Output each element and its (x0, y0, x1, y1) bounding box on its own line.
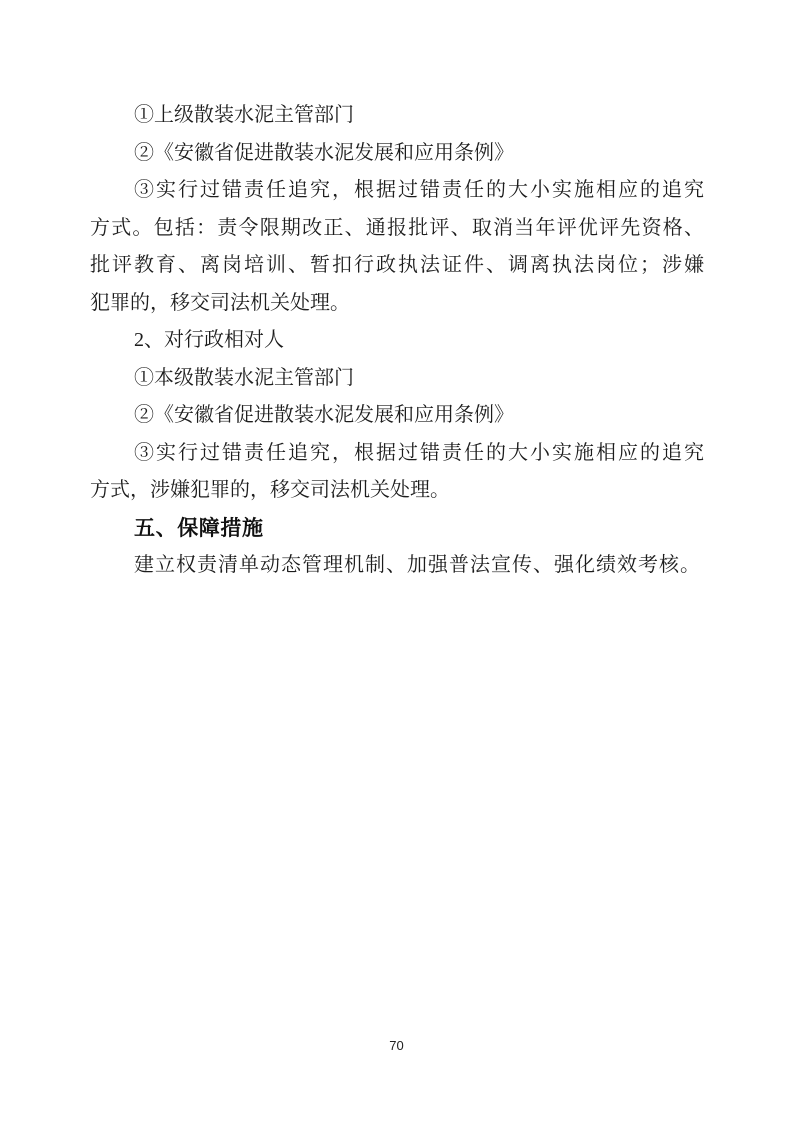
fault-accountability-line-2: 方式。包括：责令限期改正、通报批评、取消当年评优评先资格、 (90, 210, 704, 248)
document-page: ①上级散装水泥主管部门 ②《安徽省促进散装水泥发展和应用条例》 ③实行过错责任追… (0, 0, 793, 1122)
item-anhui-bulk-cement-regulation-1: ②《安徽省促进散装水泥发展和应用条例》 (90, 135, 704, 173)
safeguard-measures-text: 建立权责清单动态管理机制、加强普法宣传、强化绩效考核。 (90, 547, 704, 585)
fault-accountability-line-4: 犯罪的，移交司法机关处理。 (90, 285, 704, 323)
document-body: ①上级散装水泥主管部门 ②《安徽省促进散装水泥发展和应用条例》 ③实行过错责任追… (90, 97, 704, 585)
fault-accountability-line-1: ③实行过错责任追究，根据过错责任的大小实施相应的追究 (90, 172, 704, 210)
counterparty-accountability-line-1: ③实行过错责任追究，根据过错责任的大小实施相应的追究 (90, 435, 704, 473)
counterparty-accountability-line-2: 方式，涉嫌犯罪的，移交司法机关处理。 (90, 472, 704, 510)
page-number: 70 (0, 1038, 793, 1053)
item-superior-bulk-cement-dept: ①上级散装水泥主管部门 (90, 97, 704, 135)
item-anhui-bulk-cement-regulation-2: ②《安徽省促进散装水泥发展和应用条例》 (90, 397, 704, 435)
fault-accountability-line-3: 批评教育、离岗培训、暂扣行政执法证件、调离执法岗位；涉嫌 (90, 247, 704, 285)
section-heading-safeguard-measures: 五、保障措施 (90, 510, 704, 548)
subsection-counterparty-heading: 2、对行政相对人 (90, 322, 704, 360)
item-local-bulk-cement-dept: ①本级散装水泥主管部门 (90, 360, 704, 398)
